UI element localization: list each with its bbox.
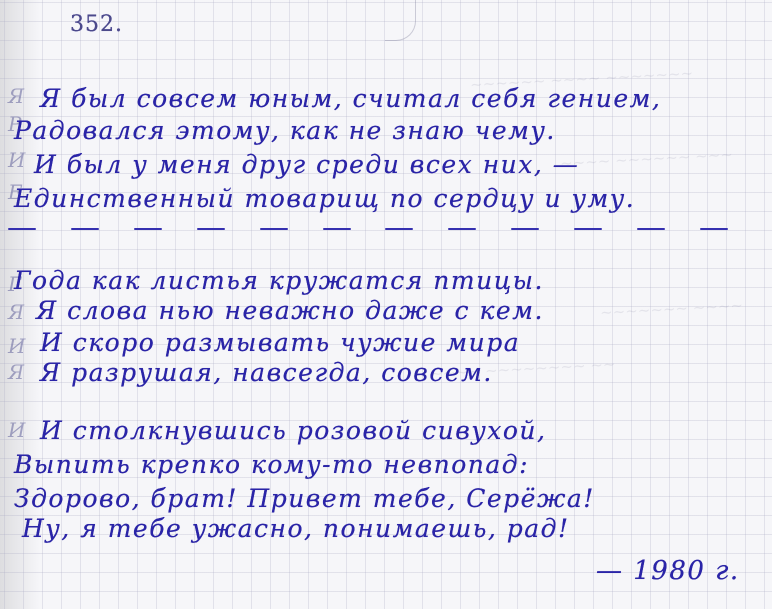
page-number: 352. bbox=[70, 12, 123, 37]
poem-line: Я разрушая, навсегда, совсем. bbox=[40, 358, 493, 387]
poem-line: Ну, я тебе ужасно, понимаешь, рад! bbox=[22, 514, 570, 543]
stanza-separator bbox=[8, 226, 728, 232]
margin-mark: Я bbox=[8, 300, 24, 324]
poem-line: Единственный товарищ по сердцу и уму. bbox=[14, 184, 635, 213]
bleed-through-text: ~~~~~~~ ~~~~ bbox=[600, 296, 744, 321]
bleed-through-text: ~~~~ ~~~~~~ ~~~ bbox=[560, 145, 734, 172]
poem-line: Года как листья кружатся птицы. bbox=[14, 266, 544, 295]
margin-mark: Я bbox=[8, 360, 24, 384]
poem-line: Здорово, брат! Привет тебе, Серёжа! bbox=[14, 484, 595, 513]
poem-line: И скоро размывать чужие мира bbox=[40, 328, 520, 357]
poem-line: Радовался этому, как не знаю чему. bbox=[14, 116, 556, 145]
corner-pencil-mark bbox=[385, 0, 416, 41]
notebook-page: ~~~~~~ ~~~~ ~~~~~~~ ~~~~ ~~~~~~ ~~~ ~~~~… bbox=[0, 0, 772, 609]
margin-mark: И bbox=[8, 418, 25, 442]
poem-line: И столкнувшись розовой сивухой, bbox=[40, 416, 546, 445]
poem-line: Выпить крепко кому-то невпопад: bbox=[14, 450, 529, 479]
margin-mark: И bbox=[8, 148, 25, 172]
poem-line: Я был совсем юным, считал себя гением, bbox=[40, 84, 661, 113]
date-signature: — 1980 г. bbox=[596, 556, 740, 586]
margin-mark: И bbox=[8, 334, 25, 358]
margin-mark: Я bbox=[8, 84, 24, 108]
poem-line: И был у меня друг среди всех них, — bbox=[34, 150, 579, 179]
poem-line: Я слова нью неважно даже с кем. bbox=[36, 296, 544, 325]
